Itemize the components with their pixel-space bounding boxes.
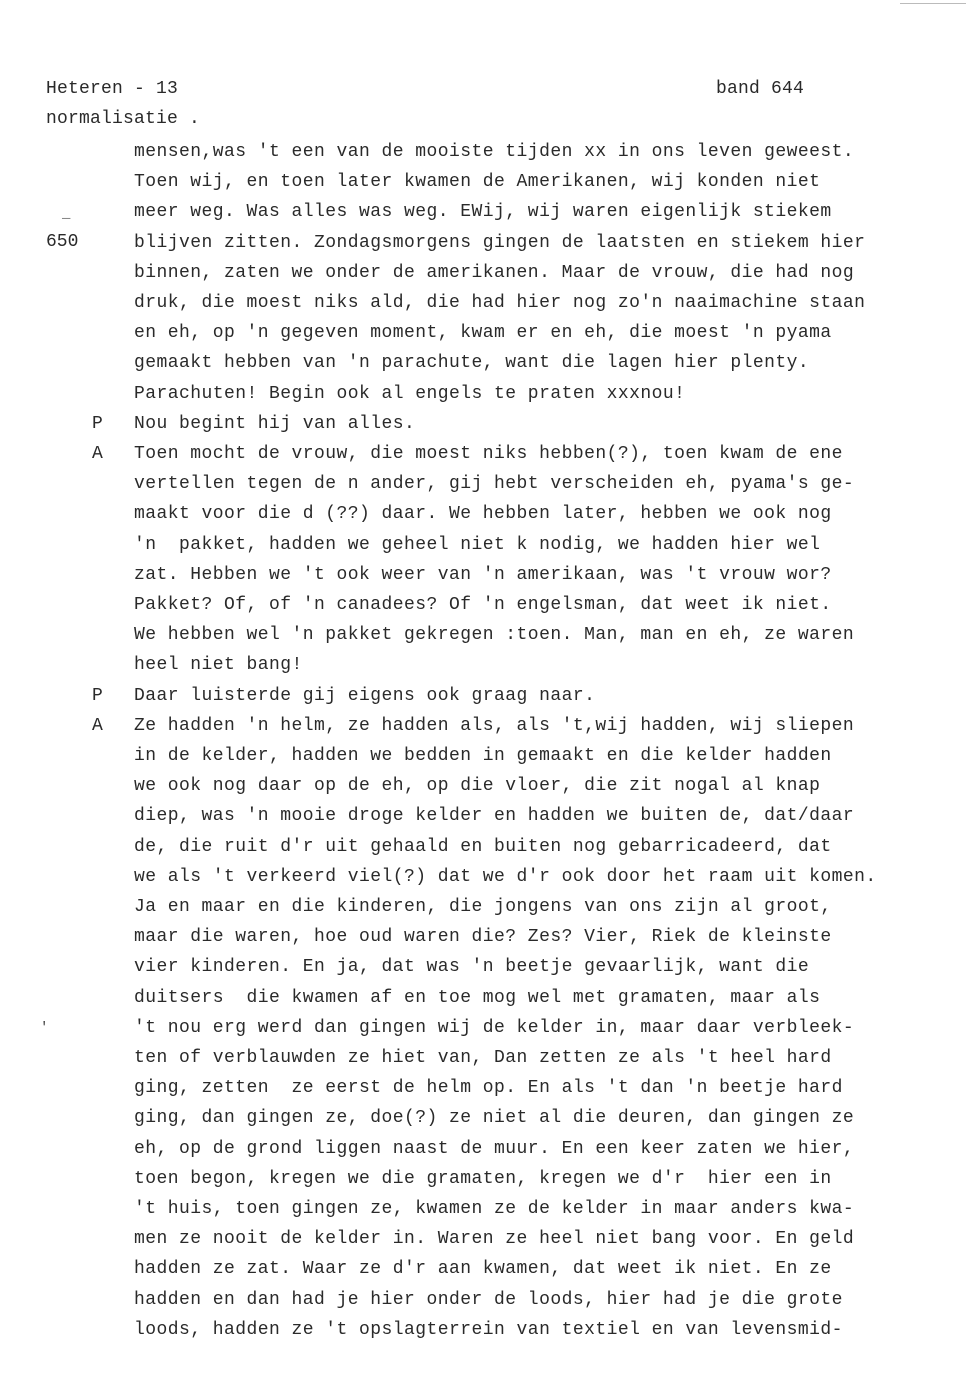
transcript-line: druk, die moest niks ald, die had hier n… xyxy=(134,288,865,318)
margin-mark: ' xyxy=(40,1020,48,1036)
transcript-line: maar die waren, hoe oud waren die? Zes? … xyxy=(134,922,832,952)
transcript-line: blijven zitten. Zondagsmorgens gingen de… xyxy=(134,228,865,258)
transcript-line: men ze nooit de kelder in. Waren ze heel… xyxy=(134,1224,854,1254)
transcript-line: toen begon, kregen we die gramaten, kreg… xyxy=(134,1164,832,1194)
transcript-line: binnen, zaten we onder de amerikanen. Ma… xyxy=(134,258,854,288)
document-subtitle: normalisatie . xyxy=(46,109,200,129)
transcript-line: 't nou erg werd dan gingen wij de kelder… xyxy=(134,1013,854,1043)
transcript-line: Ja en maar en die kinderen, die jongens … xyxy=(134,892,832,922)
transcript-line: diep, was 'n mooie droge kelder en hadde… xyxy=(134,801,854,831)
transcript-line: Parachuten! Begin ook al engels te prate… xyxy=(134,379,685,409)
transcript-line: in de kelder, hadden we bedden in gemaak… xyxy=(134,741,832,771)
transcript-line: gemaakt hebben van 'n parachute, want di… xyxy=(134,348,809,378)
speaker-label: P xyxy=(92,681,103,711)
transcript-line: hadden ze zat. Waar ze d'r aan kwamen, d… xyxy=(134,1254,832,1284)
transcript-line: zat. Hebben we 't ook weer van 'n amerik… xyxy=(134,560,832,590)
transcript-line: de, die ruit d'r uit gehaald en buiten n… xyxy=(134,832,832,862)
transcript-line: We hebben wel 'n pakket gekregen :toen. … xyxy=(134,620,854,650)
transcript-line: Toen wij, en toen later kwamen de Amerik… xyxy=(134,167,820,197)
transcript-line: Toen mocht de vrouw, die moest niks hebb… xyxy=(134,439,843,469)
tape-number: band 644 xyxy=(716,79,804,99)
transcript-line: Pakket? Of, of 'n canadees? Of 'n engels… xyxy=(134,590,832,620)
transcript-line: ging, zetten ze eerst de helm op. En als… xyxy=(134,1073,843,1103)
transcript-line: Nou begint hij van alles. xyxy=(134,409,415,439)
transcript-line: heel niet bang! xyxy=(134,650,303,680)
transcript-line: duitsers die kwamen af en toe mog wel me… xyxy=(134,983,820,1013)
transcript-line: eh, op de grond liggen naast de muur. En… xyxy=(134,1134,854,1164)
transcript-line: ging, dan gingen ze, doe(?) ze niet al d… xyxy=(134,1103,854,1133)
line-number: 650 xyxy=(46,227,78,257)
transcript-line: hadden en dan had je hier onder de loods… xyxy=(134,1285,843,1315)
transcript-line: vier kinderen. En ja, dat was 'n beetje … xyxy=(134,952,809,982)
speaker-label: A xyxy=(92,711,103,741)
speaker-label: A xyxy=(92,439,103,469)
transcript-line: we als 't verkeerd viel(?) dat we d'r oo… xyxy=(134,862,877,892)
transcript-line: 'n pakket, hadden we geheel niet k nodig… xyxy=(134,530,820,560)
margin-mark: _ xyxy=(62,206,70,222)
transcript-line: Ze hadden 'n helm, ze hadden als, als 't… xyxy=(134,711,854,741)
transcript-line: ten of verblauwden ze hiet van, Dan zett… xyxy=(134,1043,832,1073)
transcript-line: meer weg. Was alles was weg. EWij, wij w… xyxy=(134,197,832,227)
speaker-label: P xyxy=(92,409,103,439)
transcript-line: Daar luisterde gij eigens ook graag naar… xyxy=(134,681,595,711)
transcript-line: en eh, op 'n gegeven moment, kwam er en … xyxy=(134,318,832,348)
transcript-line: maakt voor die d (??) daar. We hebben la… xyxy=(134,499,832,529)
transcript-line: 't huis, toen gingen ze, kwamen ze de ke… xyxy=(134,1194,854,1224)
transcript-line: mensen,was 't een van de mooiste tijden … xyxy=(134,137,854,167)
transcript-line: we ook nog daar op de eh, op die vloer, … xyxy=(134,771,820,801)
scan-edge-line xyxy=(900,3,966,4)
transcript-line: vertellen tegen de n ander, gij hebt ver… xyxy=(134,469,854,499)
document-title: Heteren - 13 xyxy=(46,79,178,99)
transcript-line: loods, hadden ze 't opslagterrein van te… xyxy=(134,1315,843,1345)
